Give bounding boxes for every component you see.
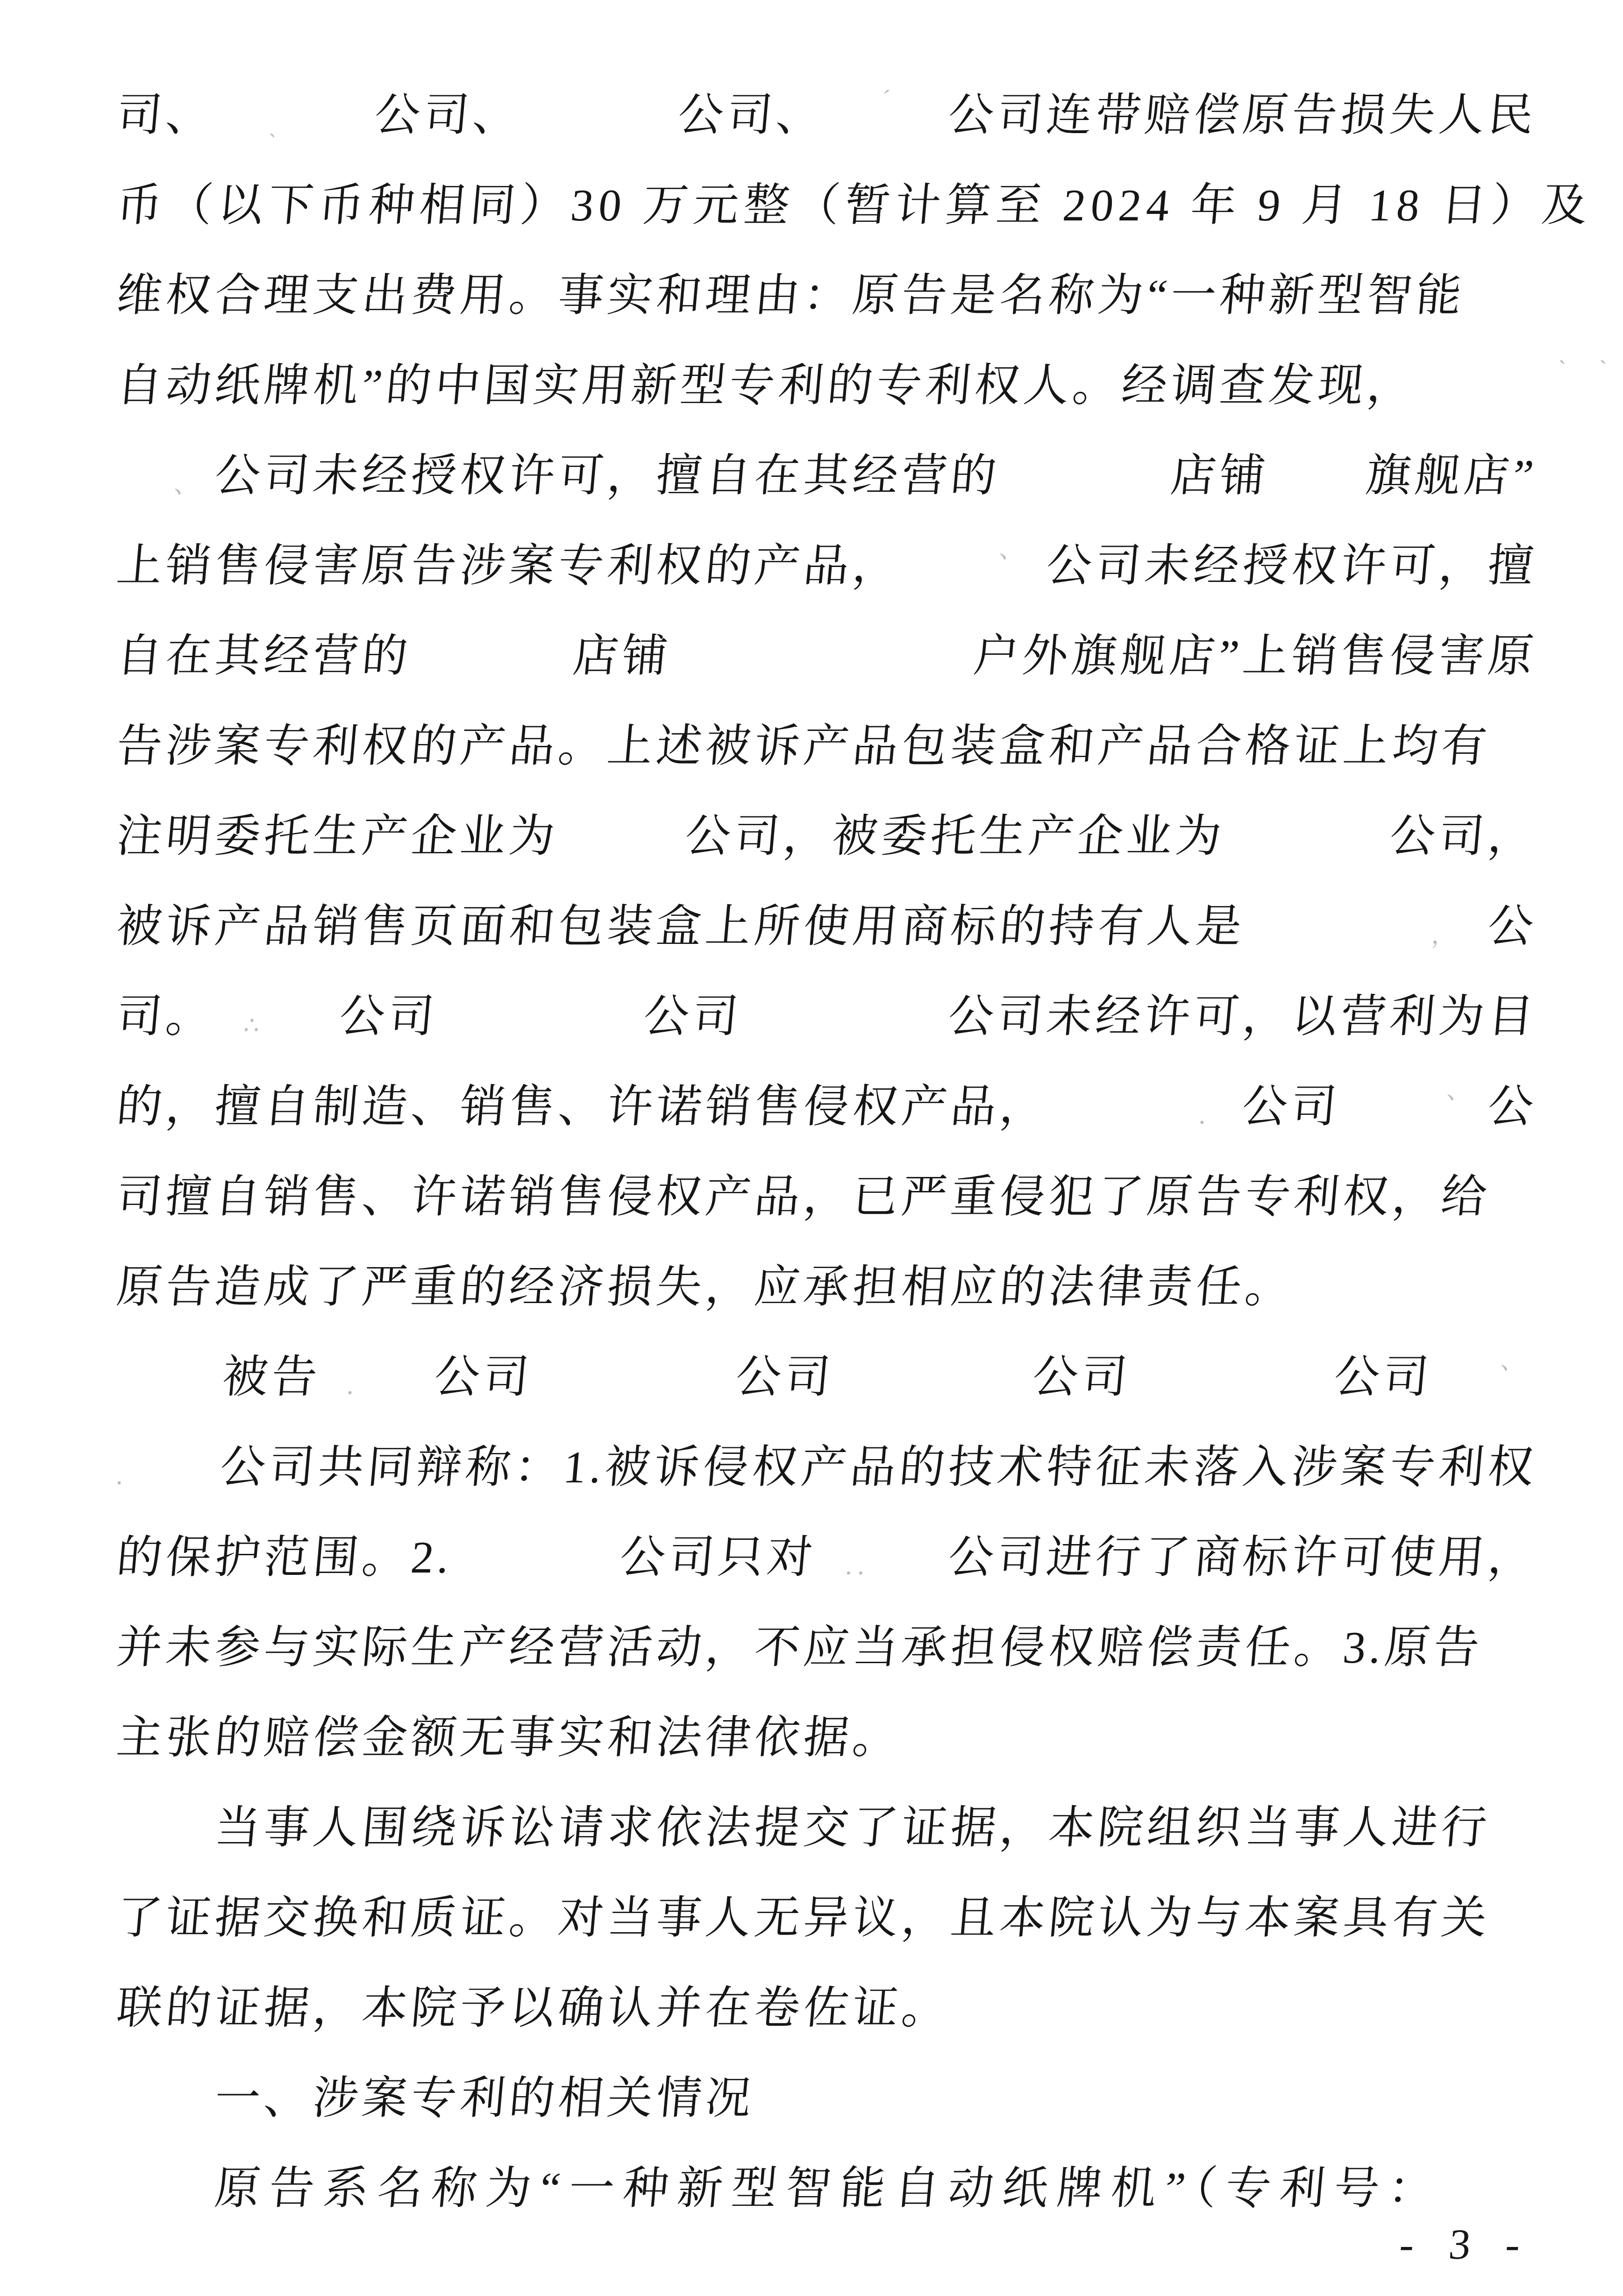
redaction-gap [1457,926,1488,927]
text-segment: 联的证据，本院予以确认并在卷佐证。 [115,1985,953,2031]
text-line: 被诉产品销售页面和包装盒上所使用商标的持有人是，公 [113,881,1541,971]
redaction-gap [411,656,573,657]
text-segment: 公司 [1031,1354,1132,1400]
text-line: 自在其经营的店铺户外旗舰店”上销售侵害原 [113,611,1541,701]
redaction-remnant-mark: ． [346,1375,372,1399]
redaction-remnant-mark: ． [1198,1104,1224,1128]
text-line: 告涉案专利权的产品。上述被诉产品包装盒和产品合格证上均有 [113,701,1495,791]
text-segment: 公司，被委托生产企业为 [683,814,1226,859]
text-segment: 并未参与实际生产经营活动，不应当承担侵权赔偿责任。3.原告 [115,1625,1485,1670]
text-segment: 的保护范围。2. [115,1535,455,1580]
redaction-gap [278,115,375,116]
redaction-gap [834,1377,1033,1378]
redaction-gap [671,656,974,657]
redaction-gap [1470,1106,1488,1107]
redaction-gap [1022,566,1046,567]
redaction-gap [199,475,215,476]
text-line: 的，擅自制造、销售、许诺销售侵权产品，．公司、公 [113,1062,1541,1152]
redaction-gap [117,2098,215,2099]
text-segment: 公 [1486,1084,1539,1129]
text-segment: 当事人围绕诉讼请求依法提交了证据，本院组织当事人进行 [213,1805,1492,1850]
redaction-gap [1225,836,1390,837]
text-segment: 司擅自销售、许诺销售侵权产品，已严重侵犯了原告专利权，给 [115,1174,1492,1219]
redaction-gap [889,115,948,116]
redaction-gap [215,1016,245,1017]
text-segment: 公司 [734,1354,836,1400]
text-line: 当事人围绕诉讼请求依法提交了证据，本院组织当事人进行 [113,1783,1495,1873]
text-line: 并未参与实际生产经营活动，不应当承担侵权赔偿责任。3.原告 [113,1602,1487,1693]
redaction-gap [438,1016,644,1017]
redaction-gap [1000,475,1171,476]
text-segment: 公司进行了商标许可使用， [947,1535,1539,1580]
text-segment: 的，擅自制造、销售、许诺销售侵权产品， [115,1084,1051,1129]
redaction-gap [558,836,685,837]
text-segment: 公司， [1388,814,1539,859]
text-segment: 司、 [115,92,217,138]
text-segment: 自动纸牌机”的中国实用新型专利的专利权人。经调查发现， [115,363,1418,408]
text-line: 联的证据，本院予以确认并在卷佐证。 [113,1963,955,2053]
redaction-remnant-mark: ˎ [268,113,278,137]
text-line: 维权合理支出费用。事实和理由：原告是名称为“一种新型智能 [113,250,1469,340]
text-segment: 店铺 [571,633,673,679]
redaction-gap [215,115,270,116]
text-line: 原告造成了严重的经济损失，应承担相应的法律责任。 [113,1242,1298,1332]
redaction-gap [816,1557,846,1558]
redaction-gap [321,1377,348,1378]
text-line: ．公司共同辩称：1.被诉侵权产品的技术特征未落入涉案专利权 [113,1422,1541,1512]
redaction-remnant-mark: 、 [1500,1349,1526,1374]
text-segment: 币（以下币种相同）30 万元整（暂计算至 2024 年 9 月 18 日）及 [115,183,1595,228]
redaction-remnant-mark: ˋ [1557,358,1567,382]
redaction-remnant-mark: 、 [1446,1079,1473,1103]
redaction-gap [1131,1377,1334,1378]
redaction-gap [141,1467,220,1468]
text-line: 原告系名称为“一种新型智能自动纸牌机”（专利号： [113,2143,1446,2233]
redaction-gap [117,475,175,476]
text-segment: 维权合理支出费用。事实和理由：原告是名称为“一种新型智能 [115,273,1467,318]
text-segment: 告涉案专利权的产品。上述被诉产品包装盒和产品合格证上均有 [115,723,1492,769]
text-segment: 一、涉案专利的相关情况 [213,2076,756,2121]
text-segment: 公司、 [676,92,827,138]
text-segment: 公司未经许可，以营利为目 [947,994,1539,1039]
redaction-gap [1224,1106,1242,1107]
text-segment: 公司未经授权许可，擅自在其经营的 [213,453,1002,498]
redaction-gap [1049,1106,1200,1107]
text-segment: 公司共同辩称：1.被诉侵权产品的技术特征未落入涉案专利权 [218,1445,1539,1490]
redaction-gap [533,1377,736,1378]
text-line: 的保护范围。2.公司只对．．公司进行了商标许可使用， [113,1512,1541,1602]
redaction-remnant-mark: ， [1431,924,1457,948]
text-segment: 注明委托生产企业为 [115,814,560,859]
redaction-gap [1269,475,1366,476]
redaction-remnant-mark: ˊ [881,87,891,112]
text-segment: 被诉产品销售页面和包装盒上所使用商标的持有人是 [115,904,1247,949]
text-line: 司。∴公司公司公司未经许可，以营利为目 [113,971,1541,1062]
text-line: 主张的赔偿金额无事实和法律依据。 [113,1693,906,1783]
redaction-gap [1416,385,1556,386]
text-segment: 户外旗舰店”上销售侵害原 [972,633,1539,679]
redaction-gap [117,1828,215,1828]
text-segment: 公司、 [373,92,524,138]
text-segment: 了证据交换和质证。对当事人无异议，且本院认为与本案具有关 [115,1895,1492,1941]
redaction-gap [742,1016,948,1017]
redaction-gap [260,1016,340,1017]
redaction-gap [826,115,881,116]
text-segment: 旗舰店” [1364,453,1539,498]
redaction-gap [372,1377,434,1378]
text-line: 一、涉案专利的相关情况 [113,2053,759,2143]
text-line: 被告．公司公司公司公司、 [113,1332,1541,1422]
redaction-remnant-mark: ∴ [243,1014,261,1038]
text-line: 了证据交换和质证。对当事人无异议，且本院认为与本案具有关 [113,1873,1495,1963]
redaction-remnant-mark: ˋ [1597,358,1608,382]
redaction-gap [1523,1377,1537,1378]
text-line: 注明委托生产企业为公司，被委托生产企业为公司， [113,791,1541,881]
redaction-gap [883,1557,948,1558]
text-segment: 原告系名称为“一种新型智能自动纸牌机”（专利号： [213,2166,1445,2211]
text-line: 自动纸牌机”的中国实用新型专利的专利权人。经调查发现，ˋˋ [113,340,1609,431]
text-segment: 公司 [1332,1354,1434,1400]
redaction-gap [117,1377,223,1378]
redaction-gap [902,566,998,567]
text-segment: 公司连带赔偿原告损失人民 [947,92,1539,138]
document-page: - 3 - 司、ˎ公司、公司、ˊ公司连带赔偿原告损失人民币（以下币种相同）30 … [0,0,1623,2296]
text-segment: 公司未经授权许可，擅 [1045,543,1539,588]
redaction-gap [1564,385,1597,386]
redaction-remnant-mark: 、 [173,473,200,497]
text-line: 币（以下币种相同）30 万元整（暂计算至 2024 年 9 月 18 日）及 [113,160,1596,250]
redaction-remnant-mark: ．． [844,1555,883,1579]
text-segment: 自在其经营的 [115,633,413,679]
text-line: 上销售侵害原告涉案专利权的产品，、公司未经授权许可，擅 [113,521,1541,611]
text-segment: 公司 [1240,1084,1342,1129]
text-line: 司擅自销售、许诺销售侵权产品，已严重侵犯了原告专利权，给 [113,1152,1495,1242]
text-segment: 公 [1486,904,1539,949]
redaction-gap [1340,1106,1445,1107]
redaction-remnant-mark: ． [115,1465,142,1489]
redaction-gap [117,2188,215,2189]
text-segment: 公司 [433,1354,534,1400]
redaction-remnant-mark: 、 [998,538,1025,562]
redaction-gap [453,1557,620,1558]
text-segment: 公司 [338,994,440,1039]
text-line: 司、ˎ公司、公司、ˊ公司连带赔偿原告损失人民 [113,70,1541,160]
text-segment: 被告 [221,1354,322,1400]
text-segment: 公司 [642,994,744,1039]
text-segment: 原告造成了严重的经济损失，应承担相应的法律责任。 [115,1264,1296,1310]
redaction-gap [1432,1377,1500,1378]
text-segment: 上销售侵害原告涉案专利权的产品， [115,543,904,588]
text-segment: 主张的赔偿金额无事实和法律依据。 [115,1715,904,1760]
text-segment: 司。 [115,994,217,1039]
redaction-gap [522,115,678,116]
text-segment: 店铺 [1169,453,1271,498]
text-line: 、公司未经授权许可，擅自在其经营的店铺旗舰店” [113,431,1541,521]
text-segment: 公司只对 [618,1535,818,1580]
redaction-gap [1245,926,1432,927]
